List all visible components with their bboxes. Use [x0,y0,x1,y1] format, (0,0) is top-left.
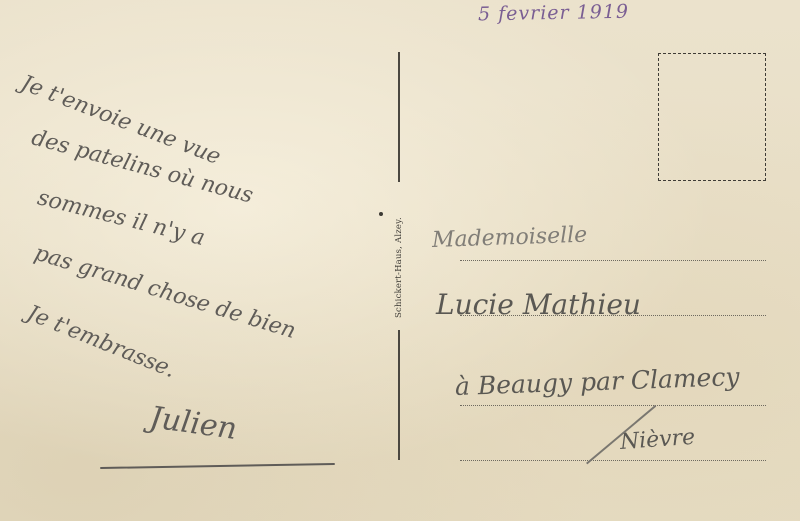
address-rule [460,260,766,261]
stamp-box [658,53,766,181]
message-line: Je t'embrasse. [23,301,179,383]
address-line-town: à Beaugy par Clamecy [454,362,739,401]
publisher-imprint: Schickert-Haus, Alzey. [394,217,404,318]
divider-line-bottom [398,330,400,460]
address-rule [460,460,766,461]
divider-line-top [398,52,400,182]
address-line-salutation: Mademoiselle [432,223,588,253]
address-rule [460,405,766,406]
signature: Julien [148,400,240,447]
signature-underline [100,463,335,469]
date-annotation: 5 fevrier 1919 [478,1,629,26]
message-line: sommes il n'y a [35,185,207,251]
address-line-department: Nièvre [619,425,696,455]
address-line-name: Lucie Mathieu [436,288,641,321]
postcard-back: 5 fevrier 1919 Je t'envoie une vue des p… [0,0,800,521]
divider-ornament-dot [379,212,383,216]
